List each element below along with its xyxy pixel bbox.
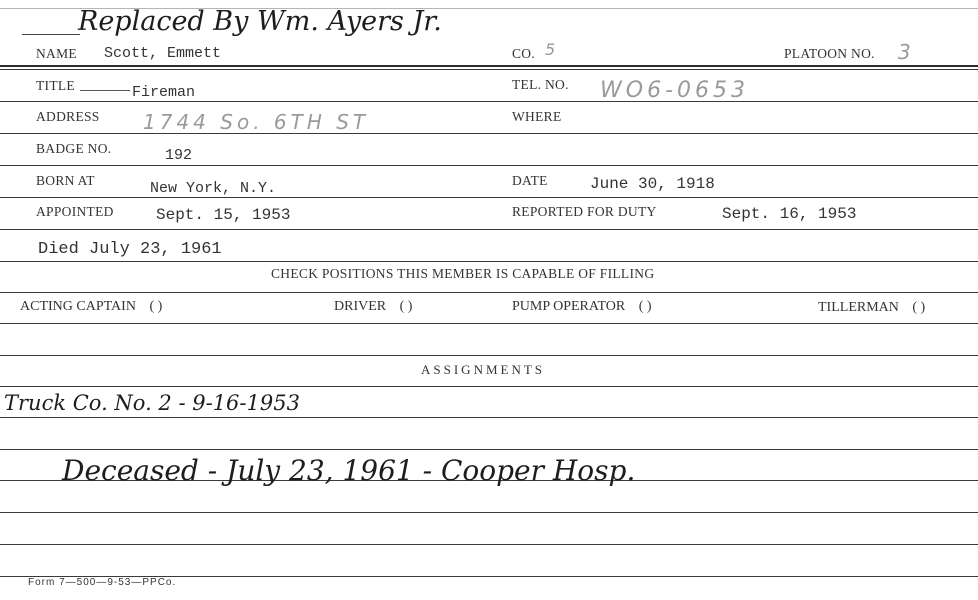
- rule-line: [0, 261, 978, 262]
- badge-value: 192: [165, 147, 192, 164]
- title-label: TITLE: [36, 78, 75, 94]
- rule-line: [0, 355, 978, 356]
- position-pump-operator[interactable]: PUMP OPERATOR ( ): [512, 299, 652, 315]
- position-driver[interactable]: DRIVER ( ): [334, 299, 412, 315]
- rule-line: [0, 229, 978, 230]
- address-value: 1744 So. 6TH ST: [143, 110, 369, 134]
- platoon-value: 3: [898, 40, 915, 64]
- platoon-label: PLATOON NO.: [784, 46, 875, 62]
- checkbox[interactable]: ( ): [149, 299, 162, 314]
- annotation-dash: [22, 34, 80, 35]
- company-value: 5: [545, 40, 559, 59]
- position-tillerman[interactable]: TILLERMAN ( ): [818, 300, 925, 316]
- name-label: NAME: [36, 46, 77, 62]
- rule-line: [0, 512, 978, 513]
- tel-label: TEL. NO.: [512, 77, 569, 93]
- rule-line: [0, 69, 978, 70]
- position-label: TILLERMAN: [818, 300, 899, 315]
- where-label: WHERE: [512, 109, 562, 125]
- died-note: Died July 23, 1961: [38, 240, 222, 259]
- born-at-label: BORN AT: [36, 173, 95, 189]
- appointed-label: APPOINTED: [36, 204, 114, 220]
- position-acting-captain[interactable]: ACTING CAPTAIN ( ): [20, 299, 162, 315]
- position-label: ACTING CAPTAIN: [20, 299, 136, 314]
- rule-line: [0, 544, 978, 545]
- title-value: Fireman: [132, 84, 195, 101]
- replaced-by-annotation: Replaced By Wm. Ayers Jr.: [78, 6, 442, 37]
- form-number: Form 7—500—9-53—PPCo.: [28, 577, 176, 588]
- date-value: June 30, 1918: [590, 175, 715, 193]
- badge-label: BADGE NO.: [36, 141, 111, 157]
- reported-label: REPORTED FOR DUTY: [512, 204, 657, 220]
- title-connector-line: [80, 90, 130, 91]
- assignments-heading: ASSIGNMENTS: [421, 362, 545, 378]
- rule-line: [0, 292, 978, 293]
- address-label: ADDRESS: [36, 109, 100, 125]
- rule-line: [0, 197, 978, 198]
- name-value: Scott, Emmett: [104, 45, 221, 62]
- assignment-entry: Deceased - July 23, 1961 - Cooper Hosp.: [62, 454, 635, 487]
- rule-line: [0, 101, 978, 102]
- positions-heading: CHECK POSITIONS THIS MEMBER IS CAPABLE O…: [271, 266, 654, 282]
- rule-line: [0, 417, 978, 418]
- rule-line: [0, 323, 978, 324]
- rule-line: [0, 449, 978, 450]
- position-label: PUMP OPERATOR: [512, 299, 625, 314]
- position-label: DRIVER: [334, 299, 386, 314]
- rule-line: [0, 65, 978, 67]
- checkbox[interactable]: ( ): [639, 299, 652, 314]
- appointed-value: Sept. 15, 1953: [156, 206, 290, 224]
- assignment-entry: Truck Co. No. 2 - 9-16-1953: [4, 391, 300, 415]
- company-label: CO.: [512, 46, 535, 62]
- checkbox[interactable]: ( ): [400, 299, 413, 314]
- born-at-value: New York, N.Y.: [150, 180, 276, 197]
- rule-line: [0, 386, 978, 387]
- checkbox[interactable]: ( ): [912, 300, 925, 315]
- rule-line: [0, 165, 978, 166]
- date-label: DATE: [512, 173, 548, 189]
- reported-value: Sept. 16, 1953: [722, 205, 856, 223]
- tel-value: WO6-0653: [600, 78, 749, 103]
